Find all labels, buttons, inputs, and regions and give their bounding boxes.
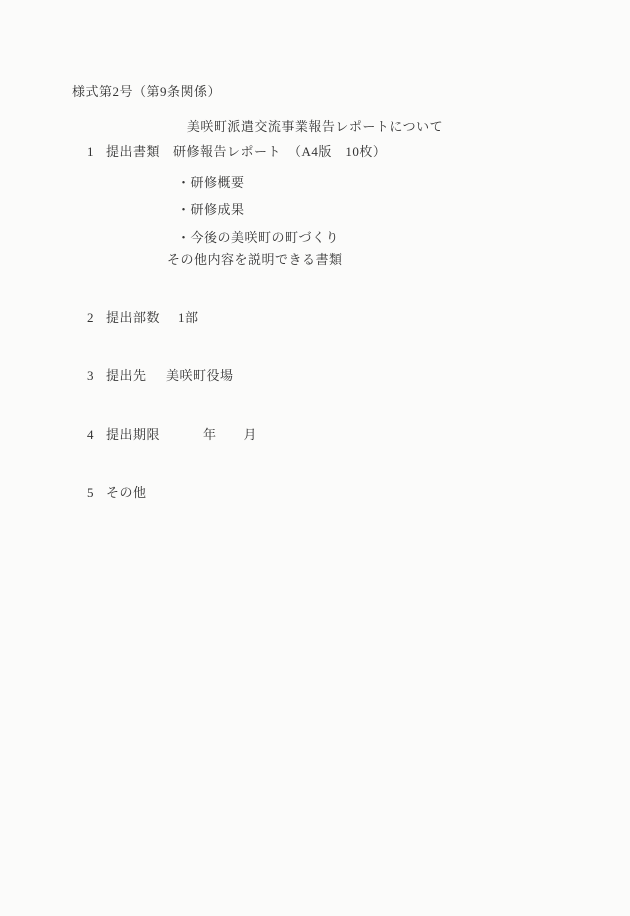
item-value: 年 月 (203, 427, 257, 442)
item-number: 2 (87, 310, 94, 325)
form-number: 様式第2号（第9条関係） (72, 84, 221, 99)
bullet-item: ・研修概要 (177, 175, 245, 190)
document-page: 様式第2号（第9条関係） 美咲町派遣交流事業報告レポートについて 1 提出書類 … (0, 0, 630, 916)
item-number: 5 (87, 485, 94, 500)
bullet-item: ・今後の美咲町の町づくり (177, 230, 339, 245)
item-number: 4 (87, 427, 94, 442)
item-value: 美咲町役場 (166, 368, 234, 383)
item-row-2: 2 提出部数 1部 (0, 310, 630, 326)
item-value: 1部 (178, 310, 199, 325)
item-row-5: 5 その他 (0, 485, 630, 501)
item-row-4: 4 提出期限 年 月 (0, 427, 630, 443)
item-row-3: 3 提出先 美咲町役場 (0, 368, 630, 384)
item-label: その他 (106, 485, 147, 500)
item-label: 提出先 (106, 368, 147, 383)
other-note: その他内容を説明できる書類 (167, 252, 343, 267)
item-number: 3 (87, 368, 94, 383)
item-label: 提出部数 (106, 310, 160, 325)
document-title: 美咲町派遣交流事業報告レポートについて (0, 116, 630, 135)
item-label: 提出期限 (106, 427, 160, 442)
item-value: 研修報告レポート （A4版 10枚） (173, 144, 386, 159)
item-row-1: 1 提出書類 研修報告レポート （A4版 10枚） (0, 144, 630, 160)
item-number: 1 (87, 144, 94, 159)
bullet-item: ・研修成果 (177, 202, 245, 217)
item-label: 提出書類 (106, 144, 160, 159)
